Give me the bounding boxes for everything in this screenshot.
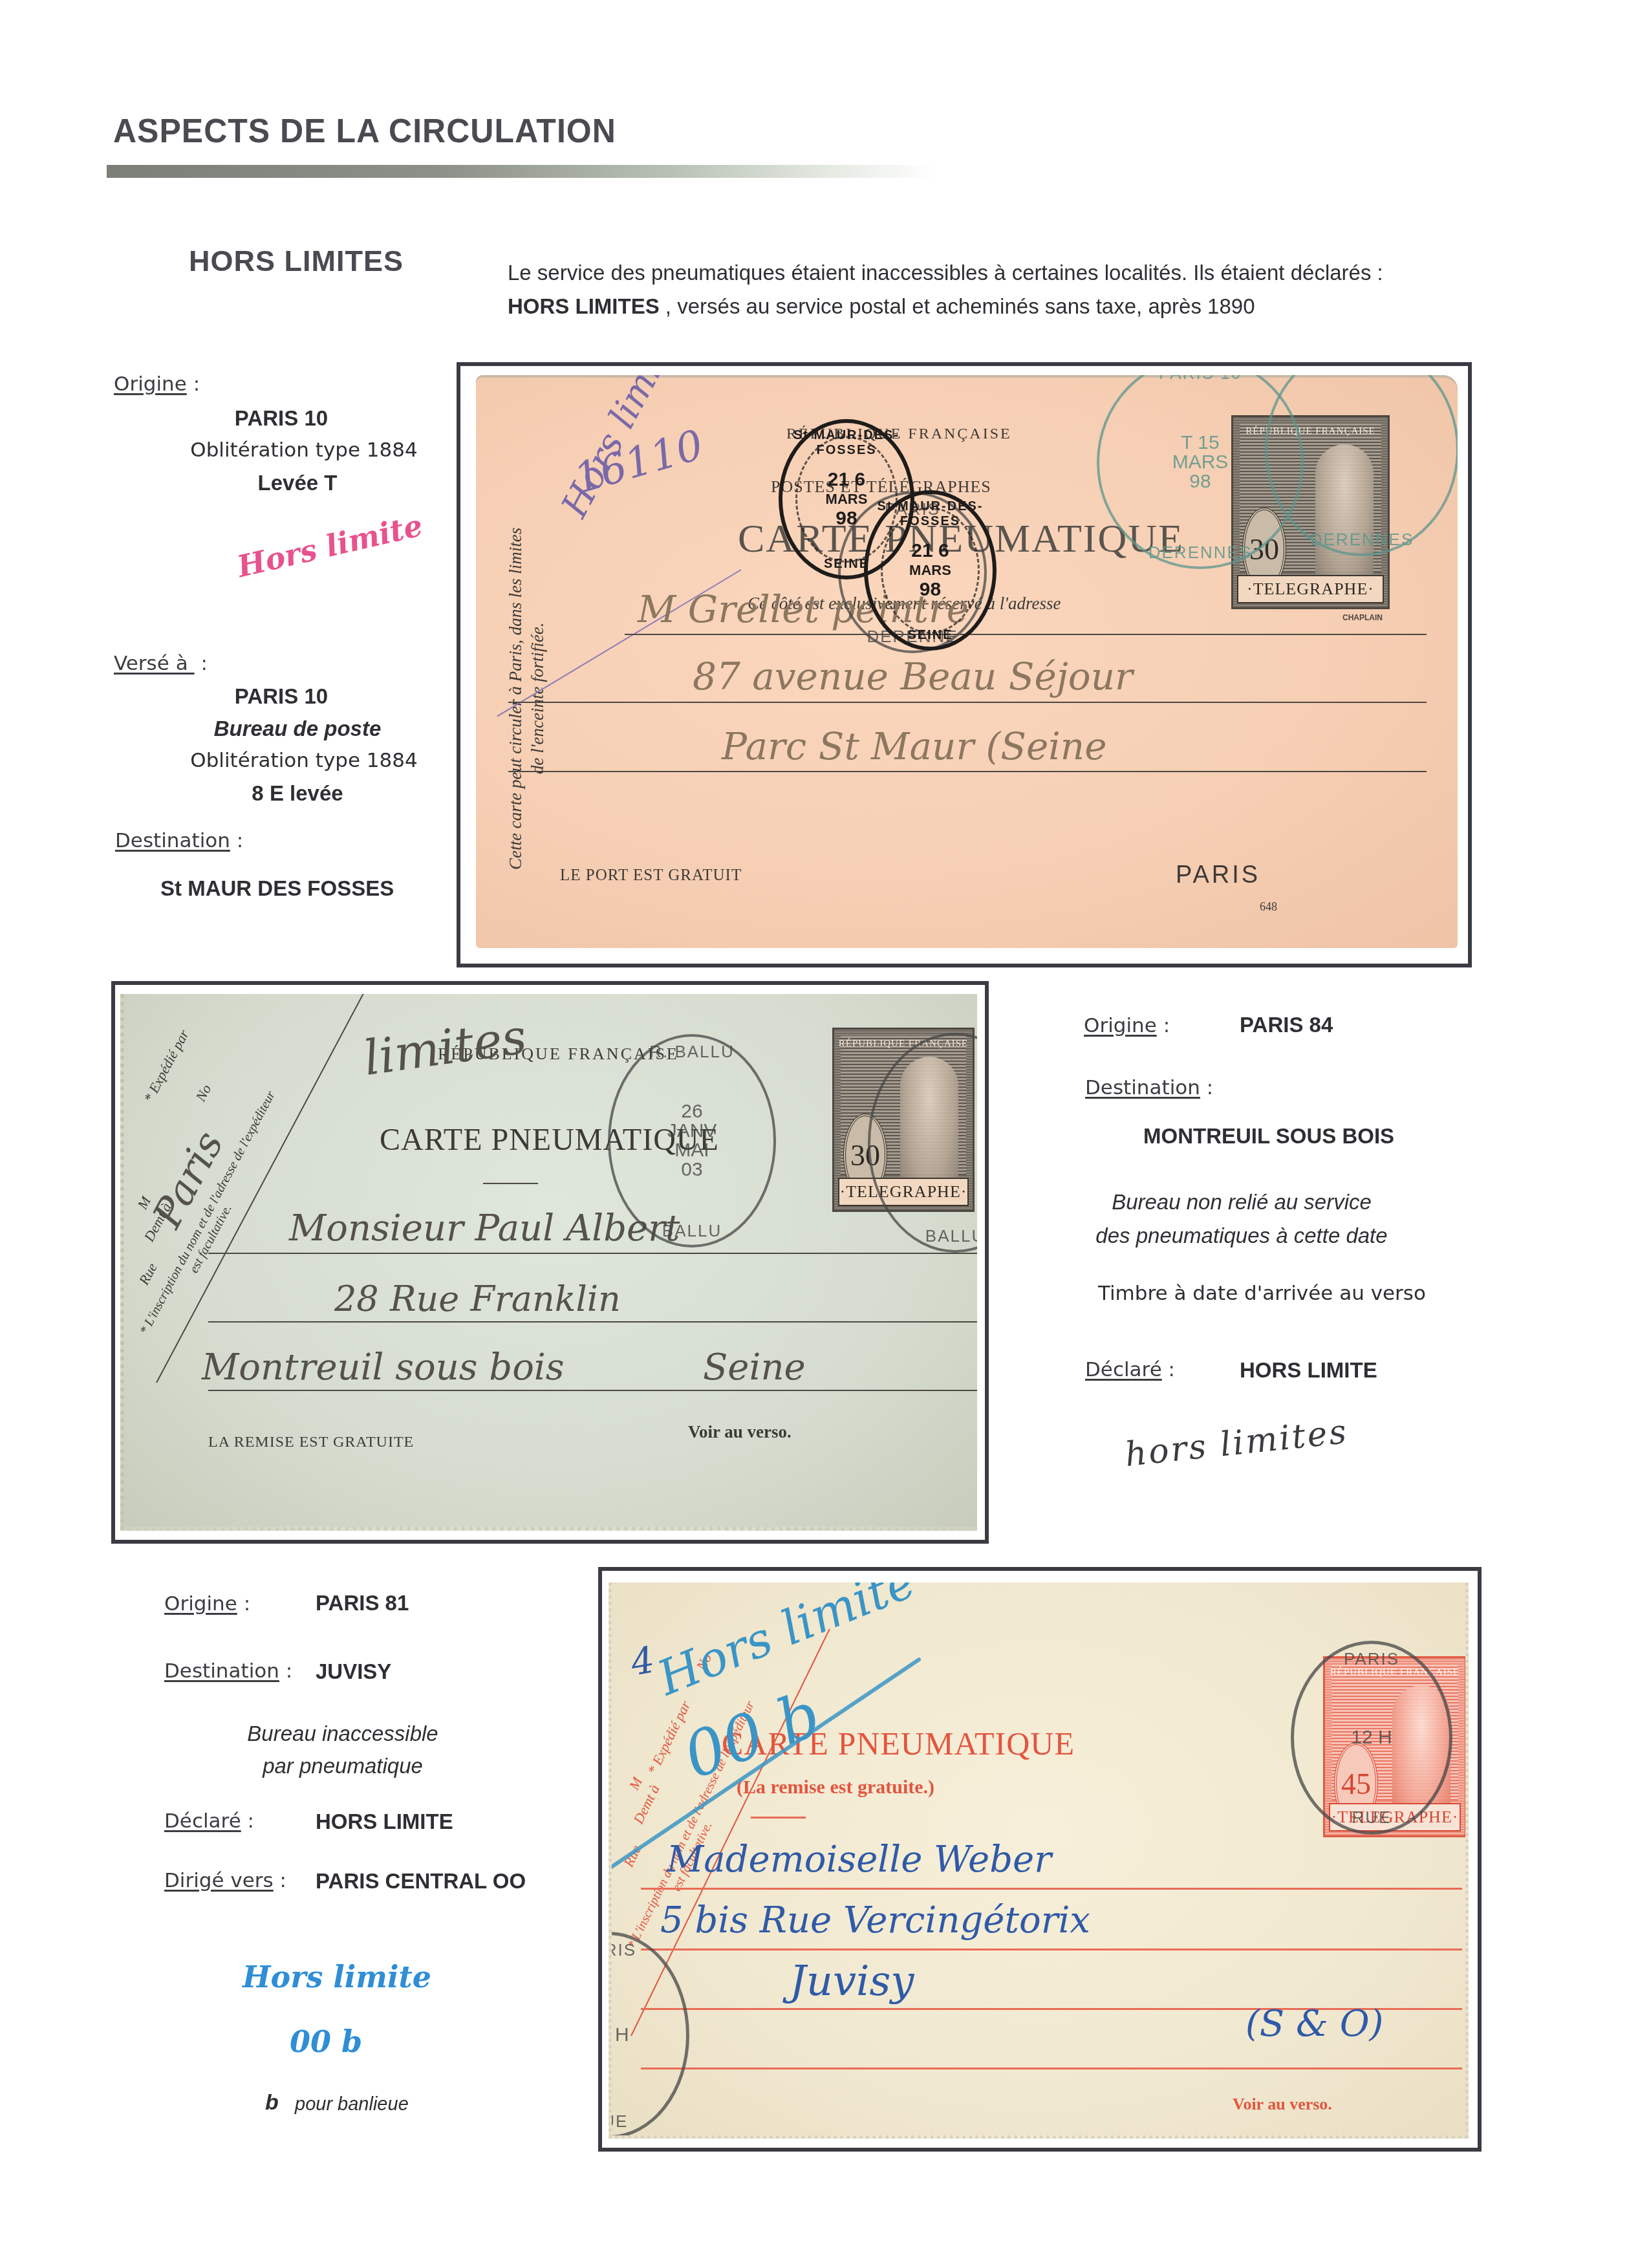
card2-address-dept: Seine <box>703 1346 806 1388</box>
card1-cancel-st-maur-b: St MAUR-DES-FOSSES 21 6 MARS 98 SEINE <box>864 490 997 651</box>
intro-paragraph: Le service des pneumatiques étaient inac… <box>508 256 1491 323</box>
section-heading: HORS LIMITES <box>189 244 404 278</box>
item1-origine-label: Origine : <box>114 373 200 396</box>
item3-destination-label: Destination : <box>164 1659 292 1683</box>
card3-hand-digit: 4 <box>628 1639 658 1684</box>
card3-m: M <box>625 1775 645 1793</box>
card2-rue: Rue <box>136 1260 161 1288</box>
card3-address-rule-1 <box>641 1888 1462 1890</box>
card1-address-rule-1 <box>625 634 1427 635</box>
card3-address-dept: (S & O) <box>1245 2003 1383 2045</box>
card2-hand-limites: limites <box>360 1009 530 1086</box>
card2-address-rule-3 <box>208 1390 977 1391</box>
intro-hors-limites: HORS LIMITES <box>508 294 660 318</box>
card1-number: 648 <box>1260 900 1277 914</box>
card1-port-gratuit: LE PORT EST GRATUIT <box>560 867 742 885</box>
item2-destination-value: MONTREUIL SOUS BOIS <box>1143 1124 1394 1149</box>
card2-pneumatic-card: * Expédié par No M Demt à Rue * L'inscri… <box>120 994 977 1531</box>
card3-cancel-paris-top: PARIS 12 H RUE <box>1291 1641 1452 1835</box>
card2-address-line-3: Montreuil sous bois <box>202 1346 565 1388</box>
intro-line-2-rest: , versés au service postal et acheminés … <box>660 294 1255 318</box>
card1-address-rule-3 <box>508 771 1427 772</box>
item3-origine-label: Origine : <box>164 1592 250 1615</box>
card2-address-rule-2 <box>208 1321 977 1323</box>
card2-address-rule-1 <box>208 1253 977 1254</box>
item1-verse-obliteration: Oblitération type 1884 <box>175 749 433 772</box>
card1-address-rule-2 <box>508 702 1427 703</box>
item1-verse-label: Versé à : <box>114 652 208 675</box>
item3-origine-value: PARIS 81 <box>316 1591 409 1615</box>
card1-engraver: CHAPLAIN <box>1342 613 1383 622</box>
card2-frame: * Expédié par No M Demt à Rue * L'inscri… <box>111 981 989 1544</box>
item3-dirige-value: PARIS CENTRAL OO <box>316 1869 526 1894</box>
card2-voir-verso: Voir au verso. <box>688 1422 792 1442</box>
hors-limite-blue-stamp-icon: Hors limite <box>242 1960 431 1994</box>
card3-address-line-2: 5 bis Rue Vercingétorix <box>660 1899 1090 1941</box>
item1-origine-value: PARIS 10 <box>194 406 369 431</box>
hors-limite-pink-stamp-icon: Hors limite <box>234 508 426 584</box>
item2-declare-value: HORS LIMITE <box>1240 1358 1377 1383</box>
card2-expedie: * Expédié par <box>140 1027 193 1105</box>
card1-pneumatic-card: Cette carte peut circuler à Paris, dans … <box>476 375 1458 948</box>
item1-verse-levee: 8 E levée <box>213 781 382 806</box>
card3-frame: * Expédié par No M Demt à Rue * L'inscri… <box>598 1567 1482 2152</box>
item1-origine-levee: Levée T <box>213 471 382 495</box>
card3-pneumatic-card: * Expédié par No M Demt à Rue * L'inscri… <box>609 1582 1469 2139</box>
item3-destination-value: JUVISY <box>316 1659 391 1684</box>
item1-verse-bureau: Bureau de poste <box>175 717 420 741</box>
card2-cancel-ballu: R. BALLU 26 JANV MAI 03 BALLU <box>608 1034 776 1247</box>
item2-origine-value: PARIS 84 <box>1240 1013 1333 1037</box>
card1-frame: Cette carte peut circuler à Paris, dans … <box>457 362 1472 967</box>
card3-address-line-1: Mademoiselle Weber <box>667 1839 1051 1881</box>
item3-declare-value: HORS LIMITE <box>316 1809 453 1834</box>
page-title: ASPECTS DE LA CIRCULATION <box>113 111 616 151</box>
hors-limites-handwritten-icon: hors limites <box>1123 1412 1350 1474</box>
item3-legend-text: pour banlieue <box>295 2094 409 2115</box>
card3-cancel-paris-bottom: PARIS 12 H RUE <box>609 1932 689 2139</box>
item2-arrival-note: Timbre à date d'arrivée au verso <box>1098 1282 1426 1305</box>
item2-declare-label: Déclaré : <box>1085 1358 1175 1381</box>
card1-address-line-2: 87 avenue Beau Séjour <box>693 654 1133 698</box>
item1-destination-label: Destination : <box>115 829 243 852</box>
card3-address-line-3: Juvisy <box>790 1958 914 2005</box>
item3-note: Bureau inaccessible par pneumatique <box>207 1718 479 1782</box>
card1-address-line-3: Parc St Maur (Seine <box>722 724 1107 768</box>
item1-verse-value: PARIS 10 <box>194 684 369 709</box>
code-00b-blue-stamp-icon: 00 b <box>290 2024 362 2059</box>
card1-stamp-telegraphe: ·TELEGRAPHE· <box>1237 575 1384 603</box>
card3-address-rule-4 <box>641 2068 1462 2069</box>
item1-destination-value: St MAUR DES FOSSES <box>160 876 394 901</box>
intro-line-1: Le service des pneumatiques étaient inac… <box>508 256 1491 290</box>
item3-legend-b: b <box>265 2090 279 2115</box>
title-divider-bar <box>107 165 934 178</box>
item3-dirige-label: Dirigé vers : <box>164 1869 286 1892</box>
item1-origine-obliteration: Oblitération type 1884 <box>175 438 433 462</box>
card2-address-line-2: 28 Rue Franklin <box>334 1279 621 1319</box>
card3-voir-verso: Voir au verso. <box>1233 2095 1332 2114</box>
card3-address-rule-2 <box>641 1949 1462 1950</box>
item2-origine-label: Origine : <box>1084 1014 1170 1037</box>
card3-title-rule <box>751 1817 806 1819</box>
card2-no: No <box>192 1082 215 1105</box>
intro-line-2: HORS LIMITES , versés au service postal … <box>508 290 1491 323</box>
item2-destination-label: Destination : <box>1085 1076 1213 1099</box>
item2-note: Bureau non relié au service des pneumati… <box>1073 1185 1410 1253</box>
item3-declare-label: Déclaré : <box>164 1809 254 1833</box>
card3-subtitle: (La remise est gratuite.) <box>737 1777 934 1798</box>
card2-remise-gratuite: LA REMISE EST GRATUITE <box>208 1434 414 1451</box>
card1-city: PARIS <box>1176 861 1260 889</box>
card2-title-rule <box>483 1183 538 1184</box>
